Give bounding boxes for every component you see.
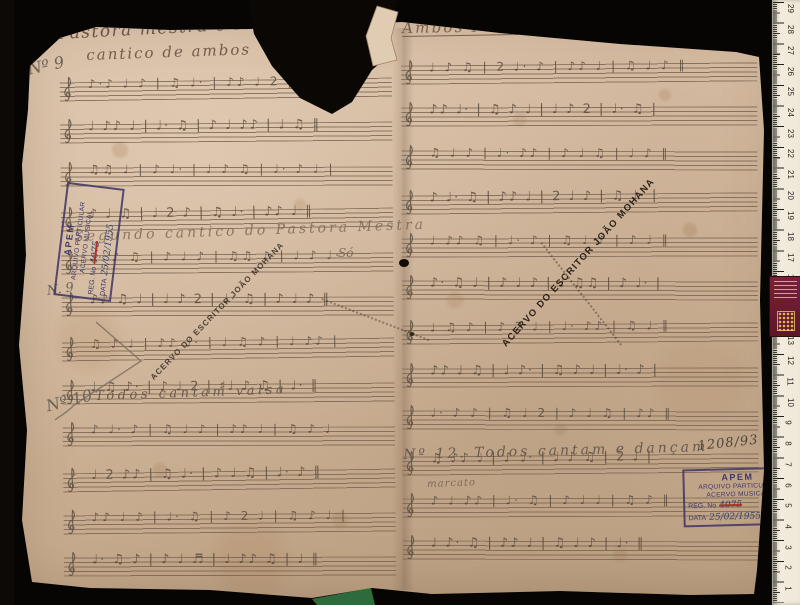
ruler-number: 4 (784, 524, 793, 528)
ruler-number: 28 (786, 25, 795, 34)
ruler-number: 8 (784, 441, 793, 445)
ruler-number: 18 (786, 232, 795, 241)
annotation-marcato: marcato (427, 477, 476, 490)
annotation-valsa: Todos cantam valsa (95, 382, 287, 404)
manuscript-paper: ♪·♪ ♩ ♪ | ♫ ♩· | ♪♪ ♩ 2 | ♫ ♪ ♩·♩ ♪♪ ♩ |… (0, 0, 800, 605)
annotation-reg-number: 1208/93 (697, 433, 759, 454)
annotation-note-top: Levantar novo (62, 8, 135, 24)
handwritten-annotations: Levantar novoPastora mestra e P. Mecanti… (0, 0, 800, 605)
ruler-number: 5 (784, 503, 793, 507)
ruler-number: 9 (784, 421, 793, 425)
sticker-text-lines (774, 281, 797, 299)
annotation-title-right: Ambos Pastoro mestro cansa. (402, 14, 686, 37)
ruler-number: 3 (784, 545, 793, 549)
ruler-number: 22 (786, 149, 795, 158)
ruler-number: 17 (786, 253, 795, 262)
ruler-number: 24 (786, 108, 795, 117)
ruler-number: 11 (786, 377, 795, 385)
stamp-reg-label: REG. No (688, 503, 716, 511)
ruler-number: 10 (786, 398, 795, 407)
annotation-so: Só (338, 246, 353, 260)
ruler-number: 23 (786, 129, 795, 138)
stamp-date-label: DATA (688, 515, 706, 522)
ruler-number: 26 (786, 67, 795, 76)
ruler-number: 29 (786, 4, 795, 13)
ruler-number: 6 (784, 483, 793, 487)
ruler-number: 21 (786, 170, 795, 179)
stamp-reg-value: 4075 (719, 500, 742, 511)
stamp-reg-value: 4075 (89, 240, 102, 264)
ruler-number: 27 (786, 46, 795, 55)
ruler-number: 12 (786, 356, 795, 365)
ruler-number: 7 (784, 462, 793, 466)
sticker-building-icon (777, 311, 795, 331)
stamp-reg-label: REG. No (88, 266, 98, 295)
ruler-number: 20 (786, 191, 795, 200)
annotation-n12: Nº 12. Todos cantam e dançam (403, 439, 708, 463)
stamp-date-value: 25/02/1955 (709, 511, 761, 522)
archive-logo-sticker (769, 276, 800, 337)
stamp-date-label: DATA (100, 278, 109, 296)
ruler-number: 19 (786, 211, 795, 220)
ruler-number: 2 (784, 566, 793, 570)
ruler-number: 25 (786, 87, 795, 96)
ruler-number: 1 (784, 586, 793, 590)
manuscript-scan: ♪·♪ ♩ ♪ | ♫ ♩· | ♪♪ ♩ 2 | ♫ ♪ ♩·♩ ♪♪ ♩ |… (0, 0, 800, 605)
annotation-segundo: Segundo cantico do Pastora Mestra (74, 217, 426, 245)
annotation-subtitle-left: cantico de ambos (86, 40, 251, 64)
annotation-title-left: Pastora mestra e P. Me (57, 12, 288, 44)
annotation-n10: Nº 10 (44, 386, 94, 416)
annotation-n9-top: Nº 9 (26, 52, 66, 78)
